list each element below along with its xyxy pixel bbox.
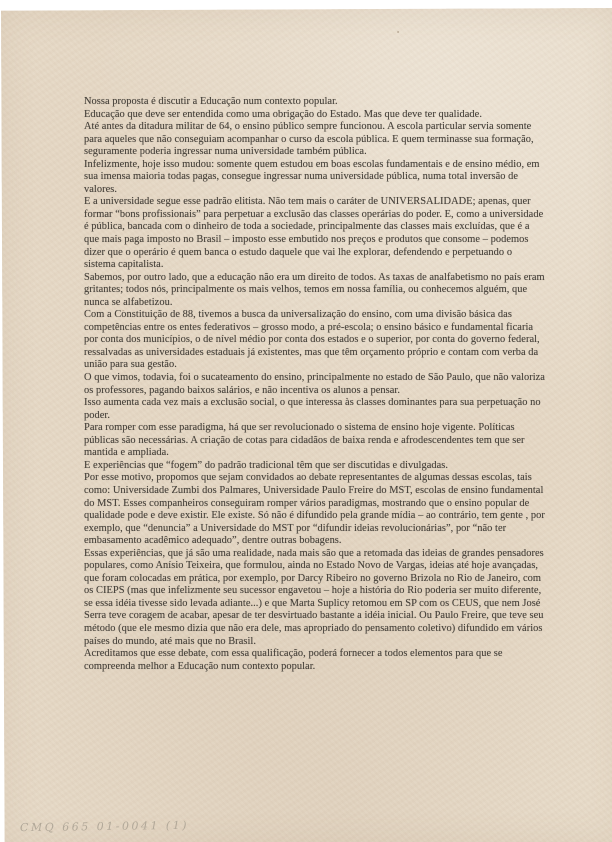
paragraph: Por esse motivo, propomos que sejam conv…: [84, 472, 546, 547]
paragraph: E a universidade segue esse padrão eliti…: [84, 196, 546, 271]
paragraph: O que vimos, todavia, foi o sucateamento…: [84, 372, 546, 397]
paragraph: Infelizmente, hoje isso mudou: somente q…: [84, 159, 546, 197]
paragraph: Educação que deve ser entendida como uma…: [84, 109, 546, 122]
paragraph: Essas experiências, que já são uma reali…: [84, 548, 546, 648]
paragraph: Até antes da ditadura militar de 64, o e…: [84, 121, 546, 159]
paragraph: E experiências que “fogem” do padrão tra…: [84, 460, 546, 473]
paragraph: Para romper com esse paradigma, há que s…: [84, 422, 546, 460]
paper-speck: [397, 31, 399, 33]
archival-pencil-annotation: CMQ 665 01-0041 (1): [20, 819, 189, 834]
paragraph: Com a Constituição de 88, tivemos a busc…: [84, 309, 546, 372]
paragraph: Sabemos, por outro lado, que a educação …: [84, 272, 546, 310]
document-text: Nossa proposta é discutir a Educação num…: [84, 96, 546, 673]
paragraph: Nossa proposta é discutir a Educação num…: [84, 96, 546, 109]
paragraph: Isso aumenta cada vez mais a exclusão so…: [84, 397, 546, 422]
paragraph: Acreditamos que esse debate, com essa qu…: [84, 648, 546, 673]
